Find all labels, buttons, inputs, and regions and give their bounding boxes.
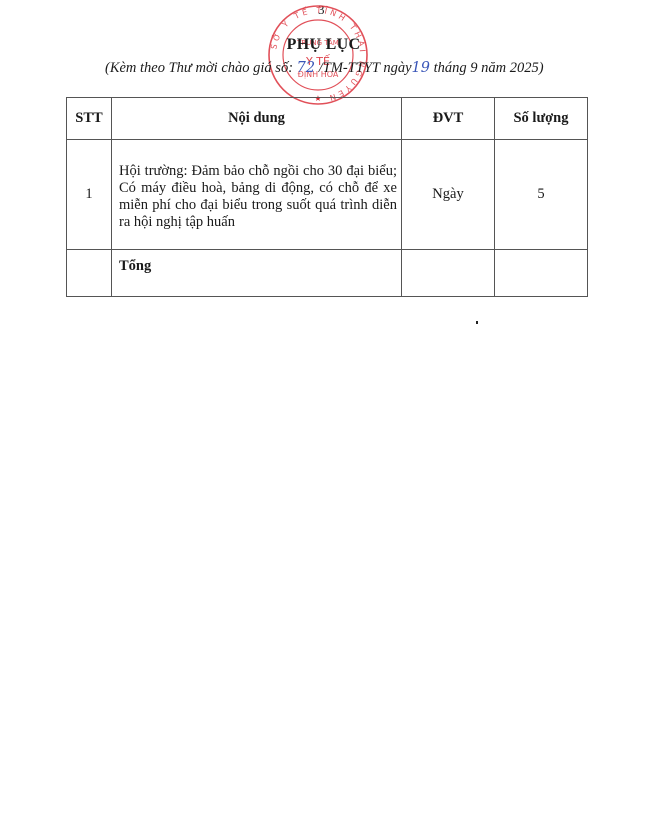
cell-total-unit	[402, 250, 495, 297]
scan-speck	[476, 321, 478, 324]
cell-total-label: Tổng	[112, 250, 402, 297]
cell-total-quantity	[495, 250, 588, 297]
header-content: Nội dung	[112, 98, 402, 140]
subtitle-prefix: (Kèm theo Thư mời chào giá số:	[105, 60, 293, 76]
header-stt: STT	[67, 98, 112, 140]
cell-stt: 1	[67, 140, 112, 250]
appendix-subtitle: (Kèm theo Thư mời chào giá số: 72 /TM-TT…	[105, 60, 544, 77]
subtitle-suffix: tháng 9 năm 2025)	[434, 60, 544, 76]
quote-table: STT Nội dung ĐVT Số lượng 1 Hội trường: …	[66, 97, 588, 297]
cell-content: Hội trường: Đảm bảo chỗ ngồi cho 30 đại …	[112, 140, 402, 250]
table-total-row: Tổng	[67, 250, 588, 297]
official-seal-stamp: SỞ Y TẾ TỈNH THÁI NGUYÊN TRUNG TÂM Y TẾ …	[266, 3, 370, 107]
header-unit: ĐVT	[402, 98, 495, 140]
table-row: 1 Hội trường: Đảm bảo chỗ ngồi cho 30 đạ…	[67, 140, 588, 250]
cell-total-stt	[67, 250, 112, 297]
table-header-row: STT Nội dung ĐVT Số lượng	[67, 98, 588, 140]
handwritten-number: 72	[297, 60, 315, 76]
handwritten-day: 19	[412, 60, 430, 76]
appendix-title: PHỤ LỤC	[0, 36, 647, 54]
cell-unit: Ngày	[402, 140, 495, 250]
header-quantity: Số lượng	[495, 98, 588, 140]
cell-quantity: 5	[495, 140, 588, 250]
subtitle-middle: /TM-TTYT ngày	[319, 60, 412, 76]
